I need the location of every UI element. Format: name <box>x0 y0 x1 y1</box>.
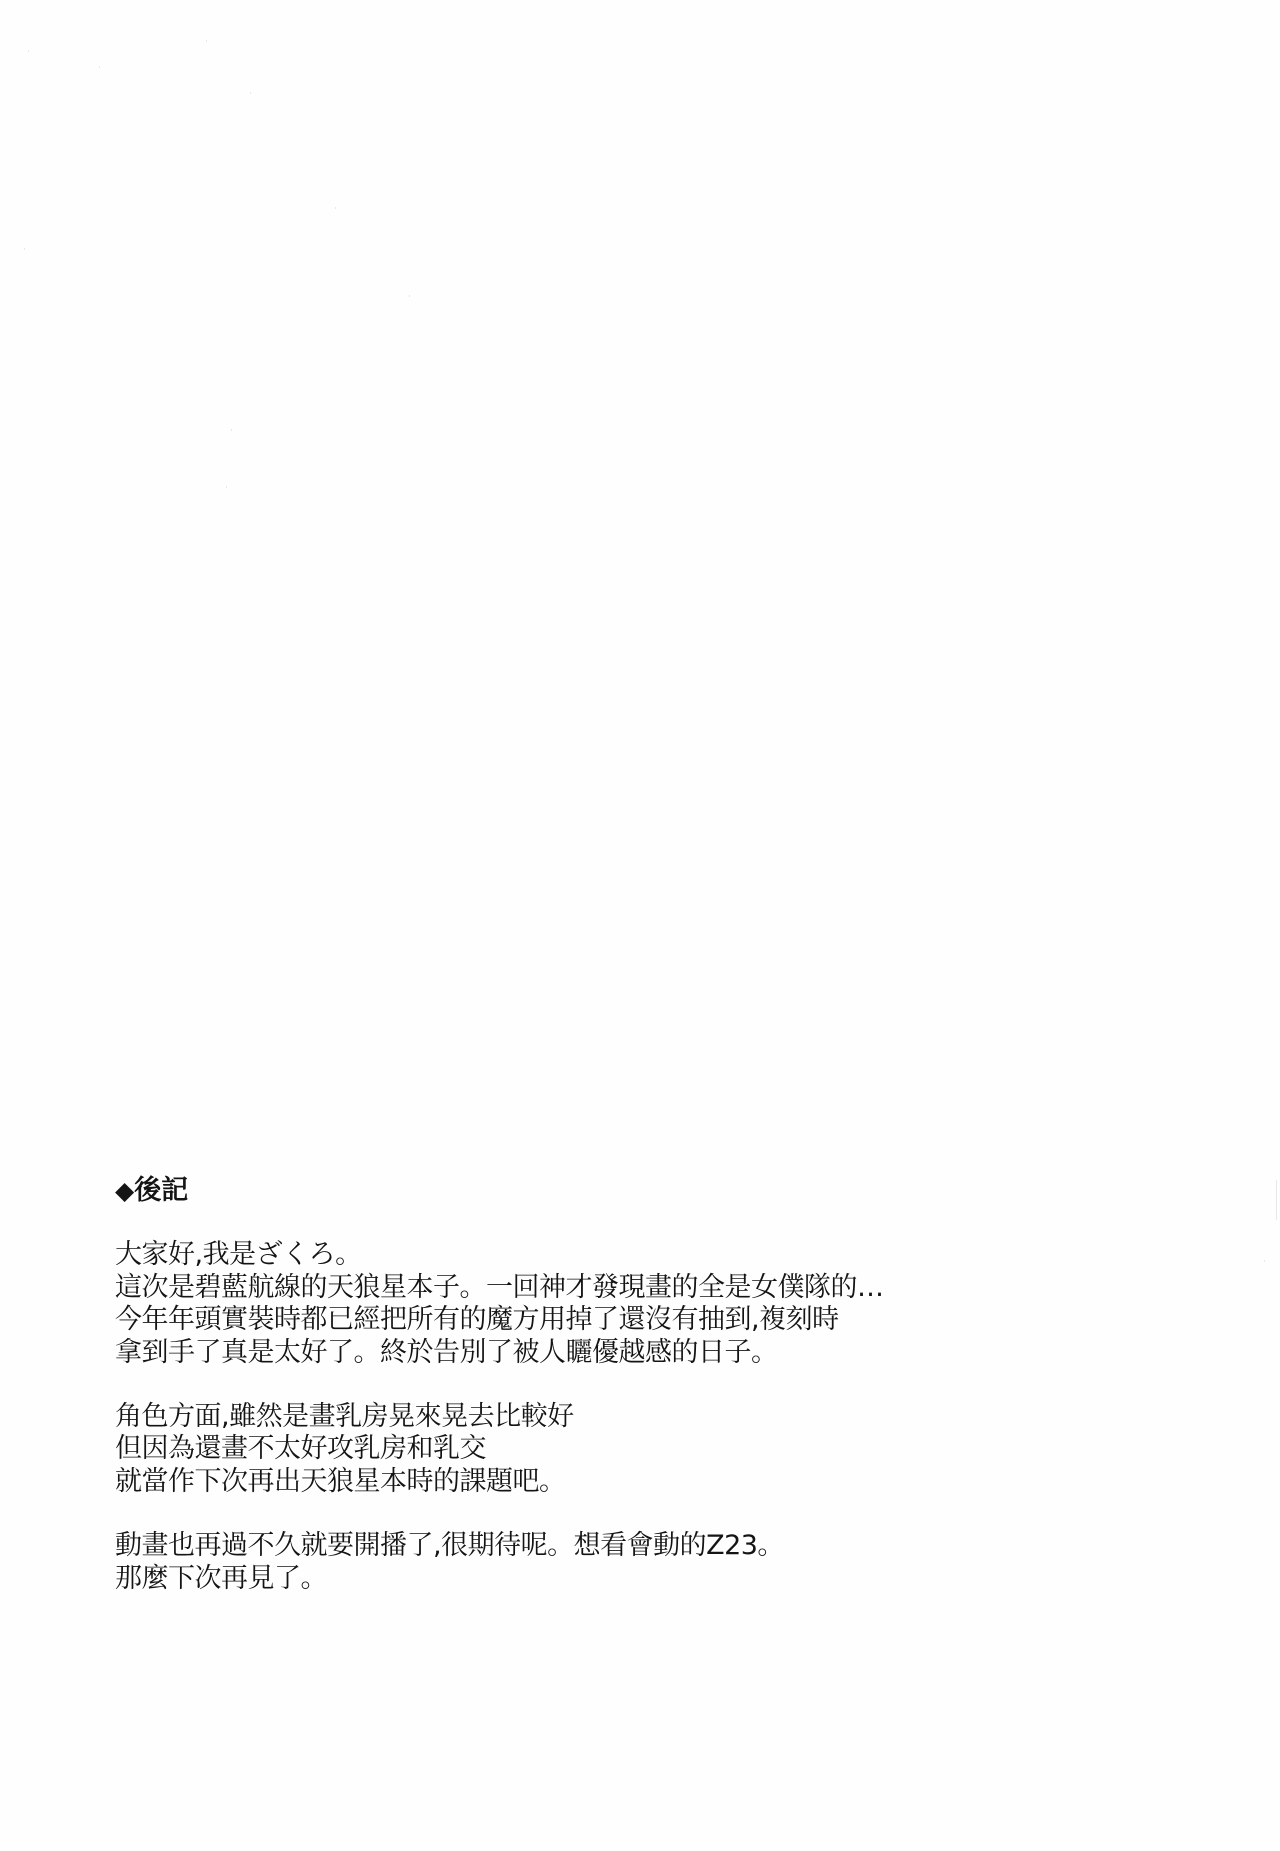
afterword-heading: ◆後記 <box>115 1174 884 1208</box>
paragraph-greeting: 大家好,我是ざくろ。 這次是碧藍航線的天狼星本子。一回神才發現畫的全是女僕隊的…… <box>115 1239 884 1370</box>
scan-speck <box>206 40 207 42</box>
text-line: 就當作下次再出天狼星本時的課題吧。 <box>115 1466 884 1499</box>
scan-speck <box>1276 1180 1277 1220</box>
scan-speck <box>409 295 410 297</box>
scan-speck <box>24 248 25 250</box>
text-line: 今年年頭實裝時都已經把所有的魔方用掉了還沒有抽到,複刻時 <box>115 1304 884 1337</box>
text-line: 角色方面,雖然是畫乳房晃來晃去比較好 <box>115 1401 884 1434</box>
scan-speck <box>28 50 29 52</box>
scan-speck <box>335 207 336 209</box>
scan-speck <box>226 486 227 488</box>
text-line: 這次是碧藍航線的天狼星本子。一回神才發現畫的全是女僕隊的… <box>115 1272 884 1305</box>
scan-speck <box>1264 1260 1265 1262</box>
text-line: 但因為還畫不太好攻乳房和乳交 <box>115 1433 884 1466</box>
scan-speck <box>99 66 100 68</box>
text-line: 拿到手了真是太好了。終於告別了被人矖優越感的日子。 <box>115 1337 884 1370</box>
paragraph-closing: 動畫也再過不久就要開播了,很期待呢。想看會動的Z23。 那麼下次再見了。 <box>115 1530 884 1595</box>
text-line: 那麼下次再見了。 <box>115 1563 884 1596</box>
afterword-section: ◆後記 大家好,我是ざくろ。 這次是碧藍航線的天狼星本子。一回神才發現畫的全是女… <box>115 1174 884 1595</box>
paragraph-character: 角色方面,雖然是畫乳房晃來晃去比較好 但因為還畫不太好攻乳房和乳交 就當作下次再… <box>115 1401 884 1499</box>
scan-speck <box>231 429 232 431</box>
text-line: 動畫也再過不久就要開播了,很期待呢。想看會動的Z23。 <box>115 1530 884 1563</box>
scanned-page: ◆後記 大家好,我是ざくろ。 這次是碧藍航線的天狼星本子。一回神才發現畫的全是女… <box>0 0 1280 1851</box>
diamond-bullet-icon: ◆ <box>115 1174 134 1208</box>
scan-speck <box>250 92 251 94</box>
text-line: 大家好,我是ざくろ。 <box>115 1239 884 1272</box>
afterword-title: 後記 <box>134 1175 188 1206</box>
